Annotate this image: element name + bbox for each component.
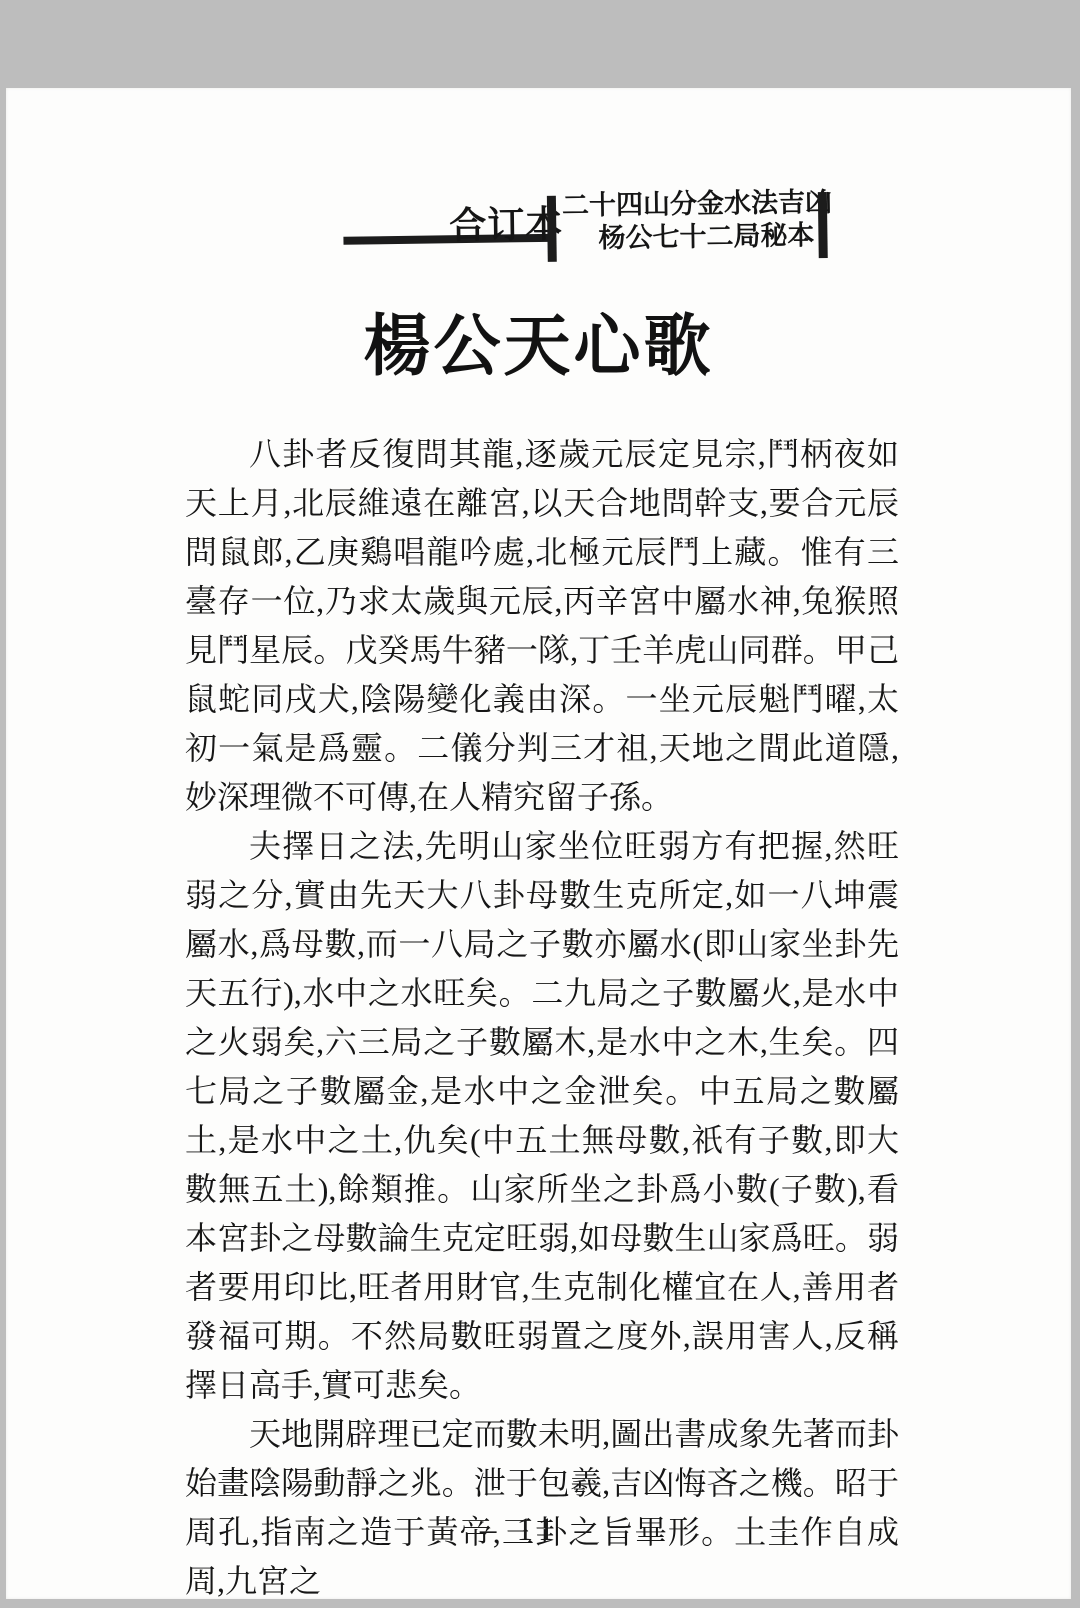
running-header: 合订本 二十四山分金水法吉凶 杨公七十二局秘本 <box>5 129 1072 284</box>
header-book-title: 二十四山分金水法吉凶 杨公七十二局秘本 <box>562 186 815 256</box>
header-book-title-line2: 杨公七十二局秘本 <box>562 219 814 256</box>
header-divider-left <box>547 196 557 262</box>
paragraph-2: 夫擇日之法,先明山家坐位旺弱方有把握,然旺弱之分,實由先天大八卦母數生克所定,如… <box>185 822 899 1410</box>
paragraph-3: 天地開辟理已定而數未明,圖出書成象先著而卦始畫陰陽動靜之兆。泄于包羲,吉凶悔吝之… <box>185 1410 899 1606</box>
body-text: 八卦者反復問其龍,逐歲元辰定見宗,鬥柄夜如天上月,北辰維遠在離宮,以天合地問幹支… <box>185 430 899 1606</box>
page-number: – 11 – <box>6 1512 1071 1549</box>
header-divider-right <box>818 192 828 258</box>
chapter-title: 楊公天心歌 <box>6 293 1071 389</box>
scan-background: 合订本 二十四山分金水法吉凶 杨公七十二局秘本 楊公天心歌 八卦者反復問其龍,逐… <box>0 0 1080 1608</box>
paragraph-1: 八卦者反復問其龍,逐歲元辰定見宗,鬥柄夜如天上月,北辰維遠在離宮,以天合地問幹支… <box>185 430 899 822</box>
book-page: 合订本 二十四山分金水法吉凶 杨公七十二局秘本 楊公天心歌 八卦者反復問其龍,逐… <box>6 88 1071 1599</box>
header-book-title-line1: 二十四山分金水法吉凶 <box>562 186 814 223</box>
